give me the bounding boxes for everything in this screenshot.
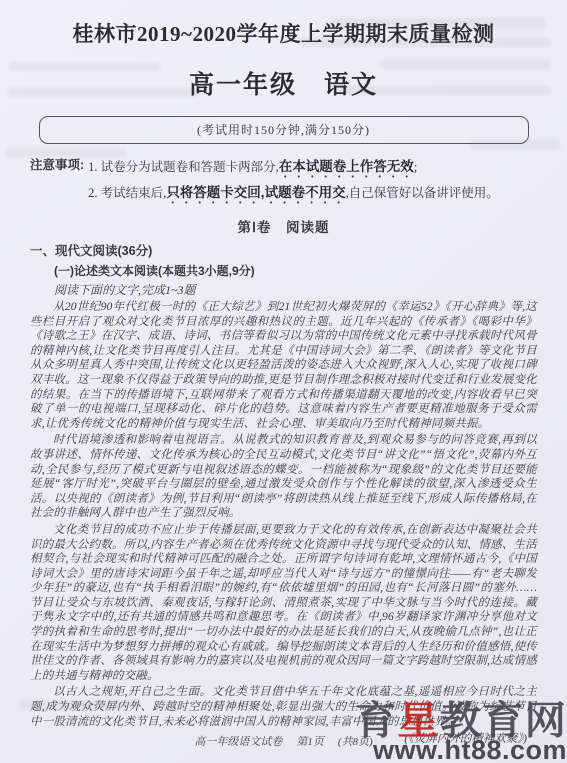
notice-item-2-text: 2. 考试结束后, [88,186,166,200]
part1-header: 第Ⅰ卷 阅读题 [30,216,537,236]
footer-page-total: (共8页) [338,736,373,748]
exam-title: 桂林市2019~2020学年度上学期期末质量检测 [30,18,537,48]
notice-item-1-end: ; [414,160,417,174]
page-footer: 高一年级语文试卷第1页(共8页) [0,733,567,749]
reading-instruction: 阅读下面的文字,完成1~3题 [30,281,537,298]
footer-page-number: 第1页 [296,736,324,748]
footer-paper-name: 高一年级语文试卷 [194,736,282,748]
notice-section: 注意事项: 1. 试卷分为试题卷和答题卡两部分,在本试题卷上作答无效; 2. 考… [30,155,537,207]
passage-paragraph-4: 以古人之规矩,开自己之生面。文化类节目借中华五千年文化底蕴之基,遥遥相应今日时代… [30,685,537,729]
exam-paper-page: 桂林市2019~2020学年度上学期期末质量检测 高一年级 语文 (考试用时15… [0,0,567,763]
passage-paragraph-2: 时代语境渗透和影响着电视语言。从说教式的知识教育普及,到观众易参与的问答竞赛,再… [30,433,537,521]
notice-items: 1. 试卷分为试题卷和答题卡两部分,在本试题卷上作答无效; 2. 考试结束后,只… [88,155,499,207]
notice-item-1: 1. 试卷分为试题卷和答题卡两部分,在本试题卷上作答无效; [88,155,499,181]
exam-info-box: (考试用时150分钟,满分150分) [39,116,529,144]
notice-item-2-end: ,自己保管好以备讲评使用。 [346,186,499,200]
passage-paragraph-1: 从20世纪90年代红极一时的《正大综艺》到21世纪初火爆荧屏的《幸运52》《开心… [30,300,537,431]
notice-item-1-text: 1. 试卷分为试题卷和答题卡两部分, [88,160,279,174]
notice-item-1-emphasis: 在本试题卷上作答无效 [279,159,414,174]
exam-subtitle: 高一年级 语文 [30,65,537,101]
notice-item-2: 2. 考试结束后,只将答题卡交回,试题卷不用交,自己保管好以备讲评使用。 [88,181,499,207]
notice-label: 注意事项: [30,155,84,207]
passage-paragraph-3: 文化类节目的成功不应止步于传播层面,更要致力于文化的有效传承,在创新表达中凝聚社… [30,523,537,684]
notice-item-2-emphasis: 只将答题卡交回,试题卷不用交 [166,185,345,200]
section1-title: 一、现代文阅读(36分) [30,241,537,259]
subsection1-title: (一)论述类文本阅读(本题共3小题,9分) [30,262,537,279]
exam-duration-score: (考试用时150分钟,满分150分) [197,123,370,137]
